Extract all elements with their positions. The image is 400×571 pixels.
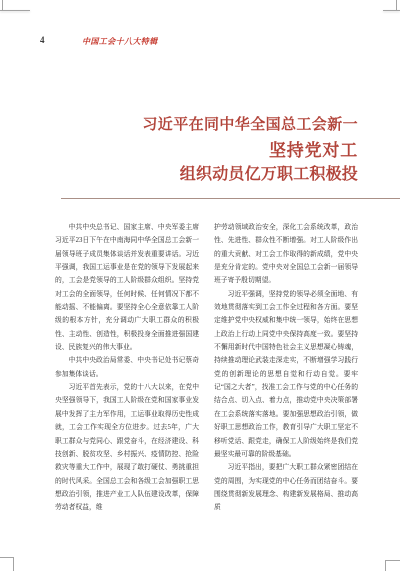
article-column-right: 护劳动领域政治安全，深化工会系统改革，政治性、先进性、群众性不断增强。对工人阶级…: [214, 221, 358, 515]
paragraph: 习近平指出，要把广大职工群众紧密团结在党的周围，为实现党的中心任务而团结奋斗。要…: [214, 461, 358, 514]
paragraph: 中共中央政治局常委、中央书记处书记蔡奇参加集体谈话。: [55, 354, 199, 381]
headline-line-3: 组织动员亿万职工积极投: [38, 163, 358, 187]
page-edge-bottom-left-vertical: [13, 557, 14, 571]
headline-line-1: 习近平在同中华全国总工会新一: [38, 111, 358, 138]
headline-rule: [61, 198, 400, 199]
article-headline: 习近平在同中华全国总工会新一 坚持党对工 组织动员亿万职工积极投: [38, 111, 358, 187]
page-edge-top-left-horizontal: [0, 10, 30, 11]
paragraph: 中共中央总书记、国家主席、中央军委主席习近平23日下午在中南海同中华全国总工会新…: [55, 221, 199, 354]
page-number: 4: [40, 35, 45, 45]
paragraph-continuation: 护劳动领域政治安全，深化工会系统改革，政治性、先进性、群众性不断增强。对工人阶级…: [214, 221, 358, 288]
page-edge-top-right-horizontal: [383, 10, 400, 11]
running-head: 中国工会十八大特辑: [82, 36, 158, 47]
paragraph: 习近平强调，坚持党的领导必须全面地、有效地贯彻落实到工会工作全过程和各方面。要坚…: [214, 288, 358, 461]
paragraph: 习近平首先表示，党的十八大以来，在党中央坚强领导下，我国工人阶级在党和国家事业发…: [55, 381, 199, 514]
headline-line-2: 坚持党对工: [38, 138, 358, 163]
page-edge-bottom-right-horizontal: [385, 560, 400, 561]
page-edge-bottom-right-vertical: [385, 560, 386, 571]
page-edge-bottom-left-horizontal: [0, 557, 14, 558]
article-column-left: 中共中央总书记、国家主席、中央军委主席习近平23日下午在中南海同中华全国总工会新…: [55, 221, 199, 515]
